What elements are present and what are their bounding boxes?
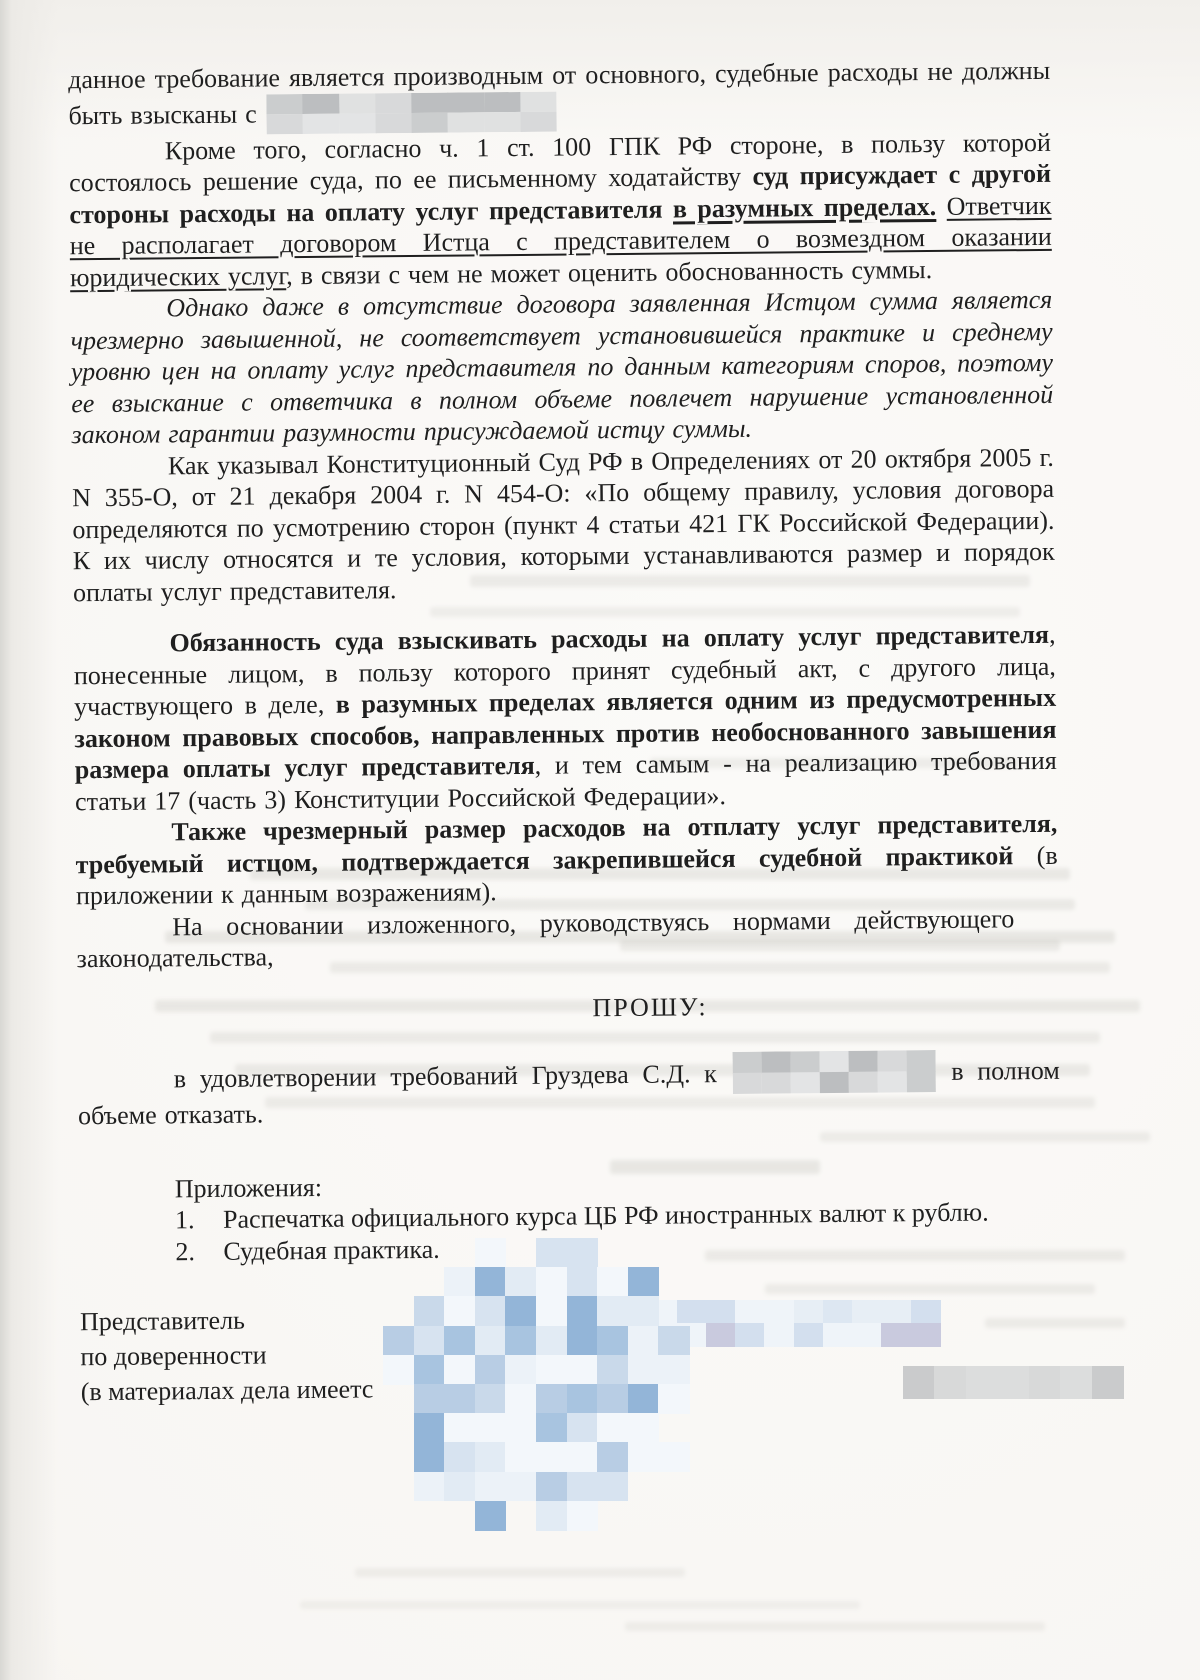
bleed-through-artifact	[625, 1622, 1045, 1631]
text-segment: Как указывал Конституционный Суд РФ в Оп…	[72, 442, 1055, 606]
paragraph: в удовлетворении требований Груздева С.Д…	[78, 1049, 1061, 1132]
text-segment: На основании изложенного, руководствуясь…	[76, 904, 1014, 974]
text-segment: данное требование является производным о…	[68, 56, 1050, 130]
stamp-redaction-mosaic	[383, 1238, 689, 1530]
paragraph: Кроме того, согласно ч. 1 ст. 100 ГПК РФ…	[69, 126, 1052, 293]
paragraph: Однако даже в отсутствие договора заявле…	[70, 284, 1053, 451]
scanned-document-page: данное требование является производным о…	[0, 0, 1200, 1680]
attachment-number: 1.	[175, 1204, 223, 1236]
paragraph: На основании изложенного, руководствуясь…	[76, 903, 1015, 975]
paragraph: Как указывал Конституционный Суд РФ в Оп…	[72, 441, 1055, 608]
text-segment: , в связи с чем не может оценить обоснов…	[286, 255, 932, 290]
redacted-text-region	[266, 91, 556, 134]
signature-representative-label: Представитель	[80, 1306, 245, 1337]
redacted-text-region	[732, 1050, 935, 1094]
bleed-through-artifact	[300, 1601, 860, 1609]
text-segment: Однако даже в отсутствие договора заявле…	[71, 285, 1054, 449]
document-body: данное требование является производным о…	[68, 55, 1059, 975]
text-segment: Также чрезмерный размер расходов на отпл…	[76, 809, 1058, 879]
gray-block-right-mosaic	[903, 1366, 1123, 1398]
paragraph: данное требование является производным о…	[68, 55, 1051, 136]
text-segment: в удовлетворении требований Груздева С.Д…	[174, 1059, 731, 1093]
paragraph: Также чрезмерный размер расходов на отпл…	[75, 808, 1058, 912]
paragraph: Обязанность суда взыскивать расходы на о…	[73, 619, 1057, 817]
text-segment: в разумных пределах.	[673, 191, 937, 223]
request-block: в удовлетворении требований Груздева С.Д…	[78, 1049, 1061, 1132]
bleed-through-artifact	[355, 1568, 685, 1577]
request-heading: ПРОШУ:	[77, 987, 1059, 1028]
text-segment	[936, 191, 947, 220]
document-content: данное требование является производным о…	[68, 55, 1063, 1409]
attachment-number: 2.	[175, 1235, 223, 1267]
